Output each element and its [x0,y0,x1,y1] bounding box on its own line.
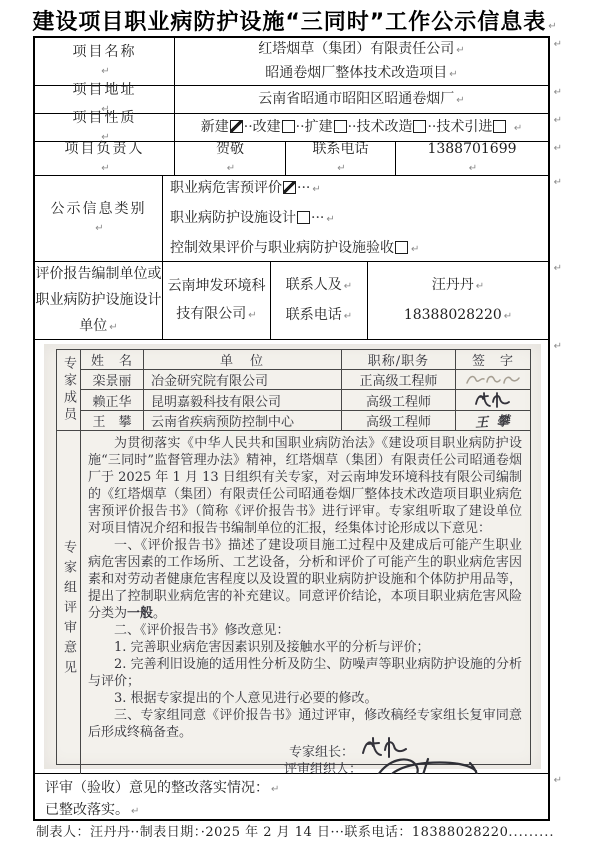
space-dots: ··· [311,210,324,226]
report-unit-label-line3: 单位↵ [79,313,117,341]
paragraph-mark: ↵ [344,281,352,292]
review-opinion-section: 专家组评审意见 为贯彻落实《中华人民共和国职业病防治法》《建设项目职业病防护设施… [57,431,530,789]
paragraph-mark: ↵ [248,310,256,321]
manager-phone-label: 联系电话↵ [285,142,395,175]
review-opinion-side-label: 专家组评审意见 [59,540,78,680]
publicity-category-options: 职业病危害预评价···↵ 职业病防护设施设计···↵ 控制效果评价与职业病防护设… [162,176,548,261]
expert-signature-3: 王 攀 [455,411,530,430]
manager-phone-value: 1388701699↵ [395,142,548,175]
row-end-mark: ↵ [554,341,562,352]
unit-contact-label-line2: 联系电话↵ [286,301,352,331]
report-unit-value-line1: 云南坤发环境科 [168,272,266,300]
checkbox-new-build [230,120,243,133]
row-end-mark: ↵ [554,115,562,126]
report-unit-label: 评价报告编制单位或 职业病防护设施设计 单位↵ [35,262,162,339]
nature-option-label: 技术引进 [436,119,492,135]
expert-title: 高级工程师 [341,390,455,410]
expert-members-side-label-cell: 专家成员 [57,350,81,430]
report-unit-value-line2: 技有限公司↵ [176,300,256,330]
expert-unit: 云南省疾病预防控制中心 [143,411,341,430]
unit-contact-label-line1: 联系人及↵ [286,271,352,301]
rectification-label: 评审（验收）意见的整改落实情况：↵ [45,780,279,796]
paragraph-mark: ↵ [514,123,522,134]
nature-option-label: 扩建 [305,119,333,135]
category-option-pre-evaluation: 职业病危害预评价···↵ [170,174,321,204]
project-manager-name: 贺敬↵ [174,142,285,175]
unit-contact-value: 汪丹丹↵ 18388028220↵ [367,262,548,339]
expert-name: 栾景丽 [81,370,143,389]
row-project-manager: 项目负责人↵ 贺敬↵ 联系电话↵ 1388701699↵ ↵ [35,142,548,176]
checkbox-tech-upgrade [413,120,426,133]
unit-contact-label: 联系人及↵ 联系电话↵ [270,262,367,339]
report-unit-label-line2: 职业病防护设施设计 [36,287,162,313]
review-paragraph-4: 1. 完善职业病危害因素识别及接触水平的分析与评价； [88,639,522,656]
paragraph-mark: ↵ [131,806,139,817]
nature-option-label: 新建 [201,119,229,135]
category-option-effect-acceptance: 控制效果评价与职业病防护设施验收↵ [170,234,419,264]
rectification-value: 已整改落实。↵ [45,802,139,818]
paragraph-mark: ↵ [411,244,419,255]
paragraph-mark: ↵ [326,214,334,225]
header-signature: 签 字 [455,350,530,369]
page-title-text: 建设项目职业病防护设施“三同时”工作公示信息表↵ [32,10,556,35]
nature-option-label: 技术改造 [356,119,412,135]
project-nature-label: 项目性质↵ [35,114,174,141]
publicity-category-label: 公示信息类别↵ [35,176,162,261]
row-publicity-category: 公示信息类别↵ 职业病危害预评价···↵ 职业病防护设施设计···↵ 控制效果评… [35,176,548,262]
project-address-value: 云南省昭通市昭阳区昭通卷烟厂↵ [174,86,548,113]
review-paragraph-1: 为贯彻落实《中华人民共和国职业病防治法》《建设项目职业病防护设施“三同时”监督管… [88,435,522,537]
category-option-label: 控制效果评价与职业病防护设施验收 [170,240,394,256]
row-end-mark: ↵ [554,39,562,50]
checkbox-pre-evaluation [283,181,296,194]
paragraph-mark: ↵ [101,62,109,82]
paragraph-mark: ↵ [504,311,512,322]
expert-members-side-label: 专家成员 [59,356,78,424]
header-title: 职称/职务 [341,350,455,369]
paragraph-mark: ↵ [476,281,484,292]
category-option-label: 职业病危害预评价 [170,180,282,196]
row-end-mark: ↵ [554,263,562,274]
expert-name: 赖正华 [81,390,143,410]
info-table: 项目名称↵ 红塔烟草（集团）有限责任公司↵ 昭通卷烟厂整体技术改造项目↵ ↵ 项… [33,36,550,821]
expert-row: 栾景丽 冶金研究院有限公司 正高级工程师 [81,369,530,389]
expert-title: 高级工程师 [341,411,455,430]
page-title: 建设项目职业病防护设施“三同时”工作公示信息表↵ [0,5,589,36]
space-dots: ·· [244,119,253,135]
row-end-mark: ↵ [554,177,562,188]
paragraph-mark: ↵ [312,184,320,195]
review-paragraph-5: 2. 完善利旧设施的适用性分析及防尘、防噪声等职业病防护设施的分析与评价； [88,656,522,690]
expert-unit: 昆明嘉毅科技有限公司 [143,390,341,410]
review-opinion-content: 为贯彻落实《中华人民共和国职业病防治法》《建设项目职业病防护设施“三同时”监督管… [81,431,530,789]
expert-unit: 冶金研究院有限公司 [143,370,341,389]
checkbox-facility-design [297,211,310,224]
checkbox-tech-import [493,120,506,133]
risk-class-value: 一般 [127,606,153,621]
header-unit: 单 位 [143,350,341,369]
unit-contact-name: 汪丹丹↵ [432,271,484,301]
project-manager-label: 项目负责人↵ [35,142,174,175]
paragraph-mark: ↵ [548,21,556,32]
paragraph-mark: ↵ [109,322,117,333]
row-end-mark: ↵ [554,775,562,786]
row-report-unit: 评价报告编制单位或 职业病防护设施设计 单位↵ 云南坤发环境科 技有限公司↵ 联… [35,262,548,340]
checkbox-rebuild [282,120,295,133]
expert-review-table: 专家成员 姓 名 单 位 职称/职务 签 字 栾景丽 冶金研究院有 [56,349,531,765]
project-name-line1: 红塔烟草（集团）有限责任公司↵ [258,38,464,62]
review-paragraph-7: 三、专家组同意《评价报告书》通过评审，修改稿经专家组长复审同意后形成终稿备查。 [88,707,522,741]
paragraph-mark: ↵ [449,69,457,80]
footer-line: 制表人：汪丹丹··制表日期：·2025 年 2 月 14 日···联系电话：18… [36,821,555,840]
paragraph-mark: ↵ [271,784,279,795]
paragraph-mark: ↵ [344,311,352,322]
row-end-mark: ↵ [554,87,562,98]
row-expert-review-scan: 专家成员 姓 名 单 位 职称/职务 签 字 栾景丽 冶金研究院有 [35,340,548,774]
signature-handwritten-text: 王 攀 [474,410,511,431]
unit-contact-phone: 18388028220↵ [404,301,512,331]
footer-text: 制表人：汪丹丹··制表日期：·2025 年 2 月 14 日···联系电话：18… [36,825,508,840]
report-unit-value: 云南坤发环境科 技有限公司↵ [162,262,270,339]
review-paragraph-6: 3. 根据专家提出的个人意见进行必要的修改。 [88,690,522,707]
project-name-value: 红塔烟草（集团）有限责任公司↵ 昭通卷烟厂整体技术改造项目↵ [174,38,548,85]
signature-scribble-light [464,371,522,389]
project-name-label: 项目名称↵ [35,38,174,85]
project-address-text: 云南省昭通市昭阳区昭通卷烟厂↵ [258,89,464,111]
review-paragraph-2: 一、《评价报告书》描述了建设项目施工过程中及建成后可能产生职业病危害因素的工作场… [88,537,522,622]
expert-title: 正高级工程师 [341,370,455,389]
project-name-line2: 昭通卷烟厂整体技术改造项目↵ [265,62,457,86]
expert-table-header: 姓 名 单 位 职称/职务 签 字 [81,350,530,369]
space-dots: ··· [297,180,310,196]
rectification-cell: 评审（验收）意见的整改落实情况：↵ 已整改落实。↵ [35,774,548,819]
row-end-mark: ↵ [554,143,562,154]
checkbox-effect-acceptance [395,241,408,254]
nature-options-line: 新建··改建··扩建··技术改造··技术引进 ↵ [201,117,522,139]
paragraph-mark: ↵ [456,95,464,106]
review-paragraph-2-end: 。 [153,606,166,621]
review-paragraph-3: 二、《评价报告书》修改意见： [88,622,522,639]
nature-option-label: 改建 [253,119,281,135]
space-dots: ·· [296,119,305,135]
expert-leader-label: 专家组长： [289,744,354,761]
report-unit-label-line1: 评价报告编制单位或 [36,261,162,287]
category-option-label: 职业病防护设施设计 [170,210,296,226]
signature-scribble-dark [472,390,514,410]
category-option-facility-design: 职业病防护设施设计···↵ [170,204,335,234]
paragraph-mark: ↵ [95,219,103,239]
expert-signature-2 [455,390,530,410]
expert-members-grid: 姓 名 单 位 职称/职务 签 字 栾景丽 冶金研究院有限公司 正高级工程师 [81,350,530,430]
paragraph-mark: ↵ [456,45,464,56]
expert-name: 王 攀 [81,411,143,430]
checkbox-expand [334,120,347,133]
project-nature-options: 新建··改建··扩建··技术改造··技术引进 ↵ [174,114,548,141]
scanned-review-sheet: 专家成员 姓 名 单 位 职称/职务 签 字 栾景丽 冶金研究院有 [44,344,541,769]
review-opinion-side-label-cell: 专家组评审意见 [57,431,81,789]
expert-signature-1 [455,370,530,389]
expert-row: 赖正华 昆明嘉毅科技有限公司 高级工程师 [81,389,530,410]
header-name: 姓 名 [81,350,143,369]
expert-members-section: 专家成员 姓 名 单 位 职称/职务 签 字 栾景丽 冶金研究院有 [57,350,530,431]
expert-row: 王 攀 云南省疾病预防控制中心 高级工程师 王 攀 [81,410,530,430]
footer-dotted-trail: ......... [508,825,554,840]
row-rectification: 评审（验收）意见的整改落实情况：↵ 已整改落实。↵ ↵ [35,774,548,819]
